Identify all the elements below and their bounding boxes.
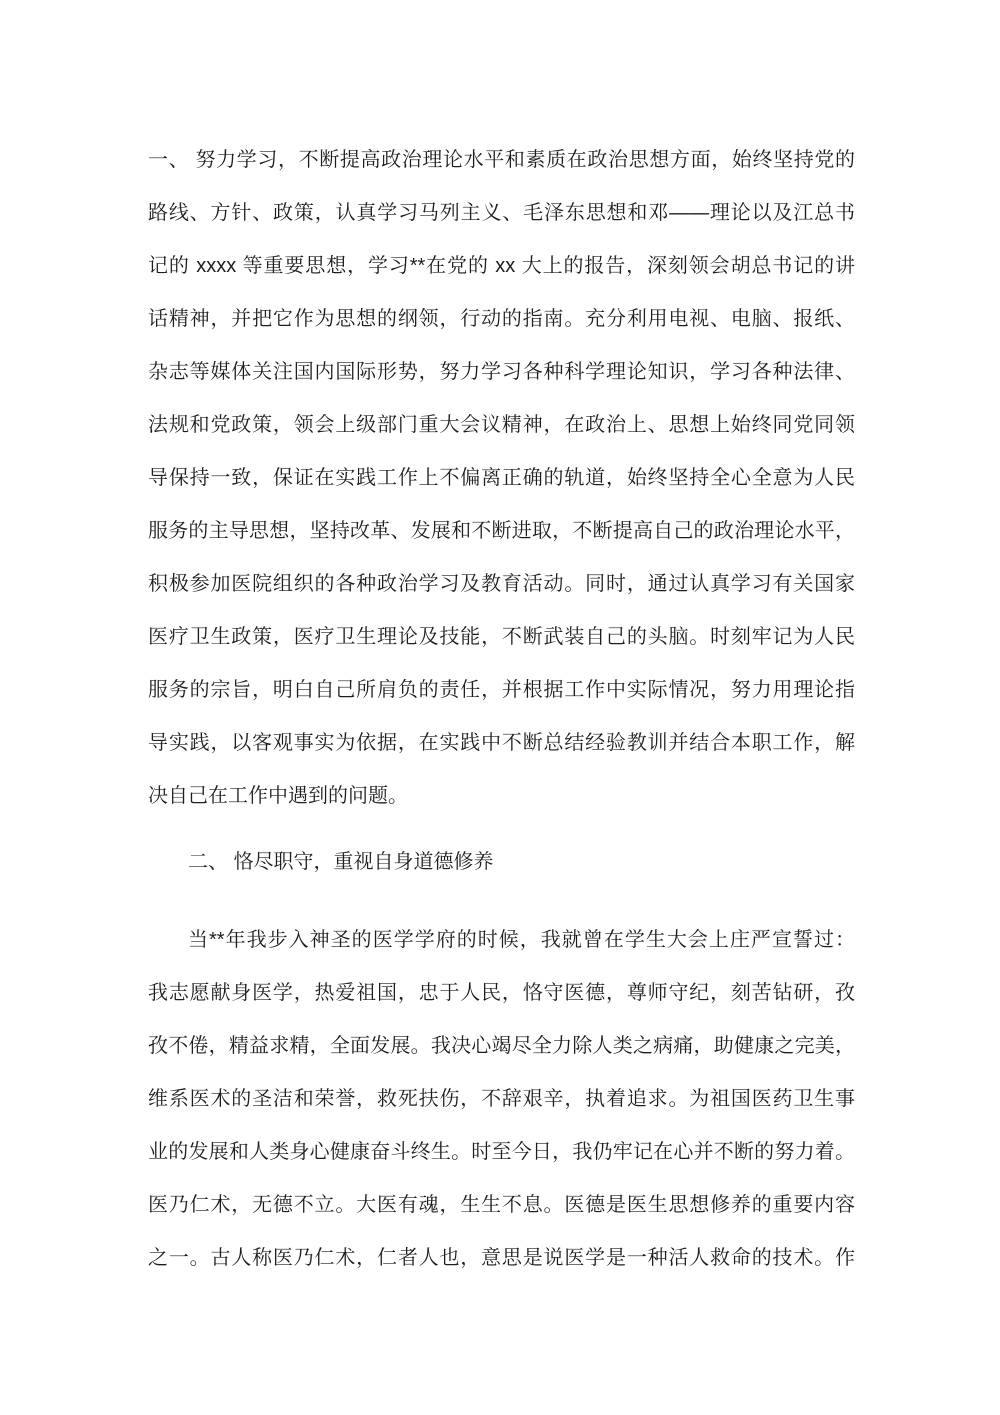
section-1-paragraph-line: 服务的宗旨，明白自己所肩负的责任，并根据工作中实际情况，努力用理论指 [148, 664, 855, 717]
section-1-paragraph-line: 一、 努力学习，不断提高政治理论水平和素质在政治思想方面，始终坚持党的 [148, 134, 855, 187]
section-2-paragraph-line: 当**年我步入神圣的医学学府的时候，我就曾在学生大会上庄严宣誓过： [148, 914, 855, 967]
section-1-paragraph-line: 决自己在工作中遇到的问题。 [148, 770, 855, 823]
document-content: 一、 努力学习，不断提高政治理论水平和素质在政治思想方面，始终坚持党的路线、方针… [148, 134, 855, 1285]
section-2-paragraph-line: 之一。古人称医乃仁术，仁者人也，意思是说医学是一种活人救命的技术。作 [148, 1232, 855, 1285]
section-1-paragraph: 一、 努力学习，不断提高政治理论水平和素质在政治思想方面，始终坚持党的路线、方针… [148, 134, 855, 823]
section-2-paragraph-line: 维系医术的圣洁和荣誉，救死扶伤，不辞艰辛，执着追求。为祖国医药卫生事 [148, 1073, 855, 1126]
section-2-paragraph-line: 我志愿献身医学，热爱祖国，忠于人民，恪守医德，尊师守纪，刻苦钻研，孜 [148, 967, 855, 1020]
section-1-paragraph-line: 路线、方针、政策，认真学习马列主义、毛泽东思想和邓——理论以及江总书 [148, 187, 855, 240]
section-2-paragraph: 当**年我步入神圣的医学学府的时候，我就曾在学生大会上庄严宣誓过：我志愿献身医学… [148, 914, 855, 1285]
section-1-paragraph-line: 话精神，并把它作为思想的纲领，行动的指南。充分利用电视、电脑、报纸、 [148, 293, 855, 346]
section-2-heading: 二、 恪尽职守，重视自身道德修养 [148, 836, 855, 889]
section-2-heading-line: 二、 恪尽职守，重视自身道德修养 [148, 836, 855, 889]
section-1-paragraph-line: 导实践，以客观事实为依据，在实践中不断总结经验教训并结合本职工作，解 [148, 717, 855, 770]
section-1-paragraph-line: 医疗卫生政策，医疗卫生理论及技能，不断武装自己的头脑。时刻牢记为人民 [148, 611, 855, 664]
section-1-paragraph-line: 法规和党政策，领会上级部门重大会议精神，在政治上、思想上始终同党同领 [148, 399, 855, 452]
section-1-paragraph-line: 记的 xxxx 等重要思想，学习**在党的 xx 大上的报告，深刻领会胡总书记的… [148, 240, 855, 293]
section-1-paragraph-line: 服务的主导思想，坚持改革、发展和不断进取，不断提高自己的政治理论水平， [148, 505, 855, 558]
section-2-paragraph-line: 医乃仁术，无德不立。大医有魂，生生不息。医德是医生思想修养的重要内容 [148, 1179, 855, 1232]
document-page: 一、 努力学习，不断提高政治理论水平和素质在政治思想方面，始终坚持党的路线、方针… [0, 0, 1000, 1415]
section-1-paragraph-line: 导保持一致，保证在实践工作上不偏离正确的轨道，始终坚持全心全意为人民 [148, 452, 855, 505]
section-2-paragraph-line: 孜不倦，精益求精，全面发展。我决心竭尽全力除人类之病痛，助健康之完美， [148, 1020, 855, 1073]
section-2-paragraph-line: 业的发展和人类身心健康奋斗终生。时至今日，我仍牢记在心并不断的努力着。 [148, 1126, 855, 1179]
section-1-paragraph-line: 积极参加医院组织的各种政治学习及教育活动。同时，通过认真学习有关国家 [148, 558, 855, 611]
section-1-paragraph-line: 杂志等媒体关注国内国际形势，努力学习各种科学理论知识，学习各种法律、 [148, 346, 855, 399]
